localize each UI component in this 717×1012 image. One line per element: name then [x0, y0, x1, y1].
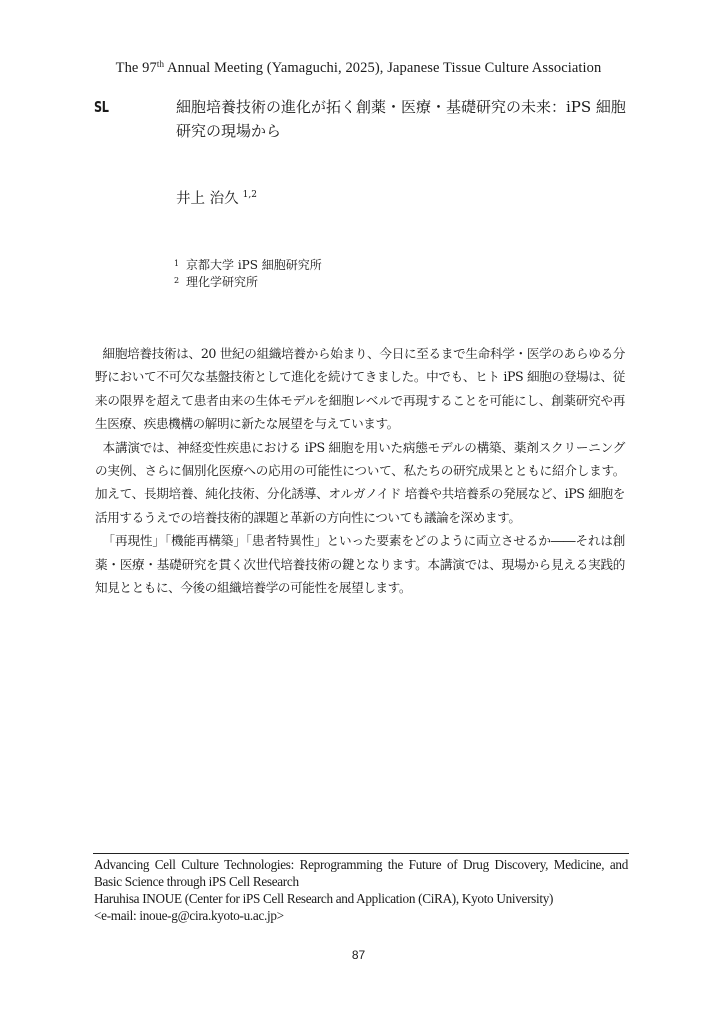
affiliation-number: 2: [174, 273, 186, 289]
author-affiliation-marks: 1,2: [243, 190, 257, 200]
abstract-paragraph: 細胞培養技術は、20 世紀の組織培養から始まり、今日に至るまで生命科学・医学のあ…: [95, 342, 625, 436]
english-author-affiliation: Haruhisa INOUE (Center for iPS Cell Rese…: [94, 890, 628, 907]
affiliation-text: 理化学研究所: [186, 275, 258, 289]
header-suffix: Annual Meeting (Yamaguchi, 2025), Japane…: [164, 60, 601, 76]
author-name: 井上 治久: [176, 191, 239, 207]
footer-divider: [93, 853, 629, 854]
header-prefix: The 97: [116, 60, 157, 76]
header-ordinal: th: [157, 59, 164, 69]
page-number: 87: [0, 948, 717, 962]
author: 井上 治久1,2: [176, 187, 257, 208]
english-title: Advancing Cell Culture Technologies: Rep…: [94, 856, 628, 890]
conference-header: The 97th Annual Meeting (Yamaguchi, 2025…: [0, 59, 717, 77]
affiliation-item: 2理化学研究所: [174, 273, 322, 290]
affiliation-item: 1京都大学 iPS 細胞研究所: [174, 256, 322, 273]
session-label: SL: [94, 98, 109, 116]
affiliation-text: 京都大学 iPS 細胞研究所: [186, 258, 322, 272]
abstract-paragraph: 本講演では、神経変性疾患における iPS 細胞を用いた病態モデルの構築、薬剤スク…: [95, 436, 625, 530]
affiliation-number: 1: [174, 256, 186, 272]
paper-title: 細胞培養技術の進化が拓く創薬・医療・基礎研究の未来：iPS 細胞研究の現場から: [176, 95, 631, 143]
abstract-body: 細胞培養技術は、20 世紀の組織培養から始まり、今日に至るまで生命科学・医学のあ…: [95, 342, 625, 599]
affiliations: 1京都大学 iPS 細胞研究所 2理化学研究所: [174, 256, 322, 290]
contact-email: <e-mail: inoue-g@cira.kyoto-u.ac.jp>: [94, 907, 628, 924]
english-footer: Advancing Cell Culture Technologies: Rep…: [94, 856, 628, 924]
abstract-paragraph: 「再現性」「機能再構築」「患者特異性」といった要素をどのように両立させるか――そ…: [95, 529, 625, 599]
